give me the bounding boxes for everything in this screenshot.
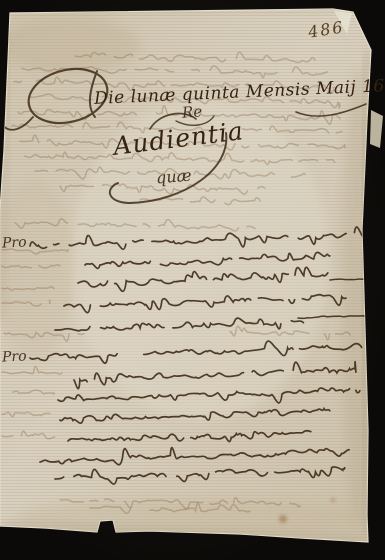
paragraph-2-opening-word: Pro bbox=[2, 348, 27, 365]
ink-stain bbox=[279, 515, 287, 523]
manuscript-page-scan: 486 Die lunæ quinta Mensis Maij 1631 Re … bbox=[0, 0, 385, 560]
underlying-page-sliver bbox=[370, 110, 383, 148]
docket-subtitle: quæ bbox=[155, 165, 192, 187]
paragraph-1-opening-word: Pro bbox=[2, 234, 27, 251]
docket-abbreviation: Re bbox=[181, 102, 202, 121]
ink-stain-small bbox=[331, 498, 336, 503]
